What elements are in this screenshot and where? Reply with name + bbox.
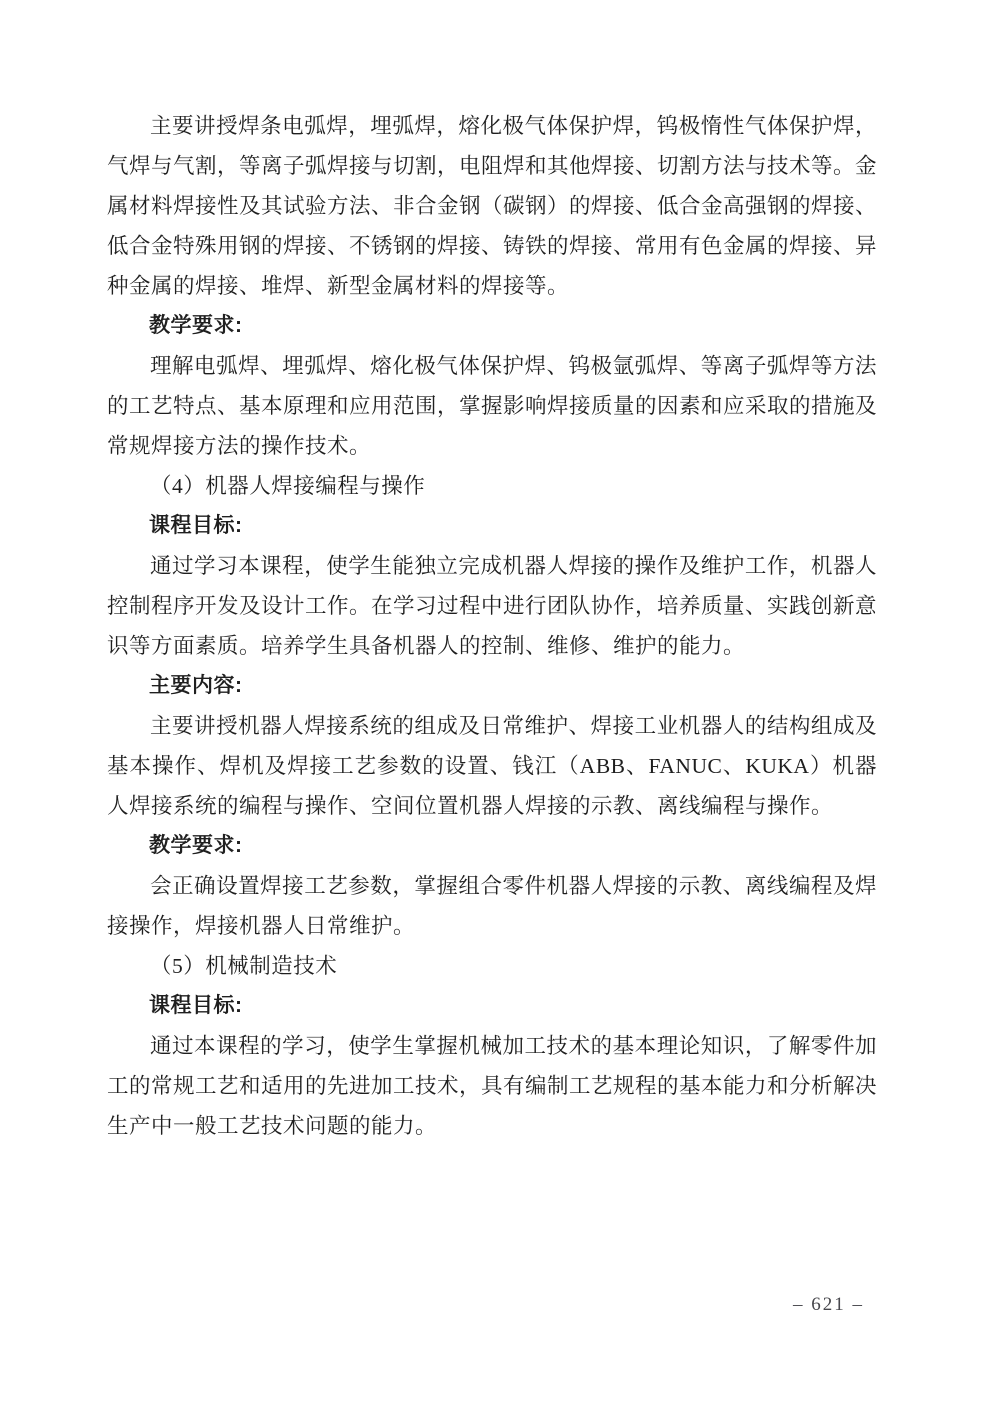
section-heading: 教学要求:	[107, 306, 877, 346]
page-content: 主要讲授焊条电弧焊，埋弧焊，熔化极气体保护焊，钨极惰性气体保护焊，气焊与气割，等…	[107, 106, 877, 1146]
paragraph: 会正确设置焊接工艺参数，掌握组合零件机器人焊接的示教、离线编程及焊接操作，焊接机…	[107, 866, 877, 946]
section-heading: 课程目标:	[107, 506, 877, 546]
page-number: – 621 –	[793, 1292, 864, 1318]
paragraph: 主要讲授机器人焊接系统的组成及日常维护、焊接工业机器人的结构组成及基本操作、焊机…	[107, 706, 877, 826]
numbered-item: （4）机器人焊接编程与操作	[107, 466, 877, 506]
paragraph: 主要讲授焊条电弧焊，埋弧焊，熔化极气体保护焊，钨极惰性气体保护焊，气焊与气割，等…	[107, 106, 877, 306]
paragraph: 理解电弧焊、埋弧焊、熔化极气体保护焊、钨极氩弧焊、等离子弧焊等方法的工艺特点、基…	[107, 346, 877, 466]
section-heading: 主要内容:	[107, 666, 877, 706]
paragraph: 通过学习本课程，使学生能独立完成机器人焊接的操作及维护工作，机器人控制程序开发及…	[107, 546, 877, 666]
document-page: 主要讲授焊条电弧焊，埋弧焊，熔化极气体保护焊，钨极惰性气体保护焊，气焊与气割，等…	[0, 0, 1000, 1414]
numbered-item: （5）机械制造技术	[107, 946, 877, 986]
section-heading: 教学要求:	[107, 826, 877, 866]
section-heading: 课程目标:	[107, 986, 877, 1026]
paragraph: 通过本课程的学习，使学生掌握机械加工技术的基本理论知识，了解零件加工的常规工艺和…	[107, 1026, 877, 1146]
